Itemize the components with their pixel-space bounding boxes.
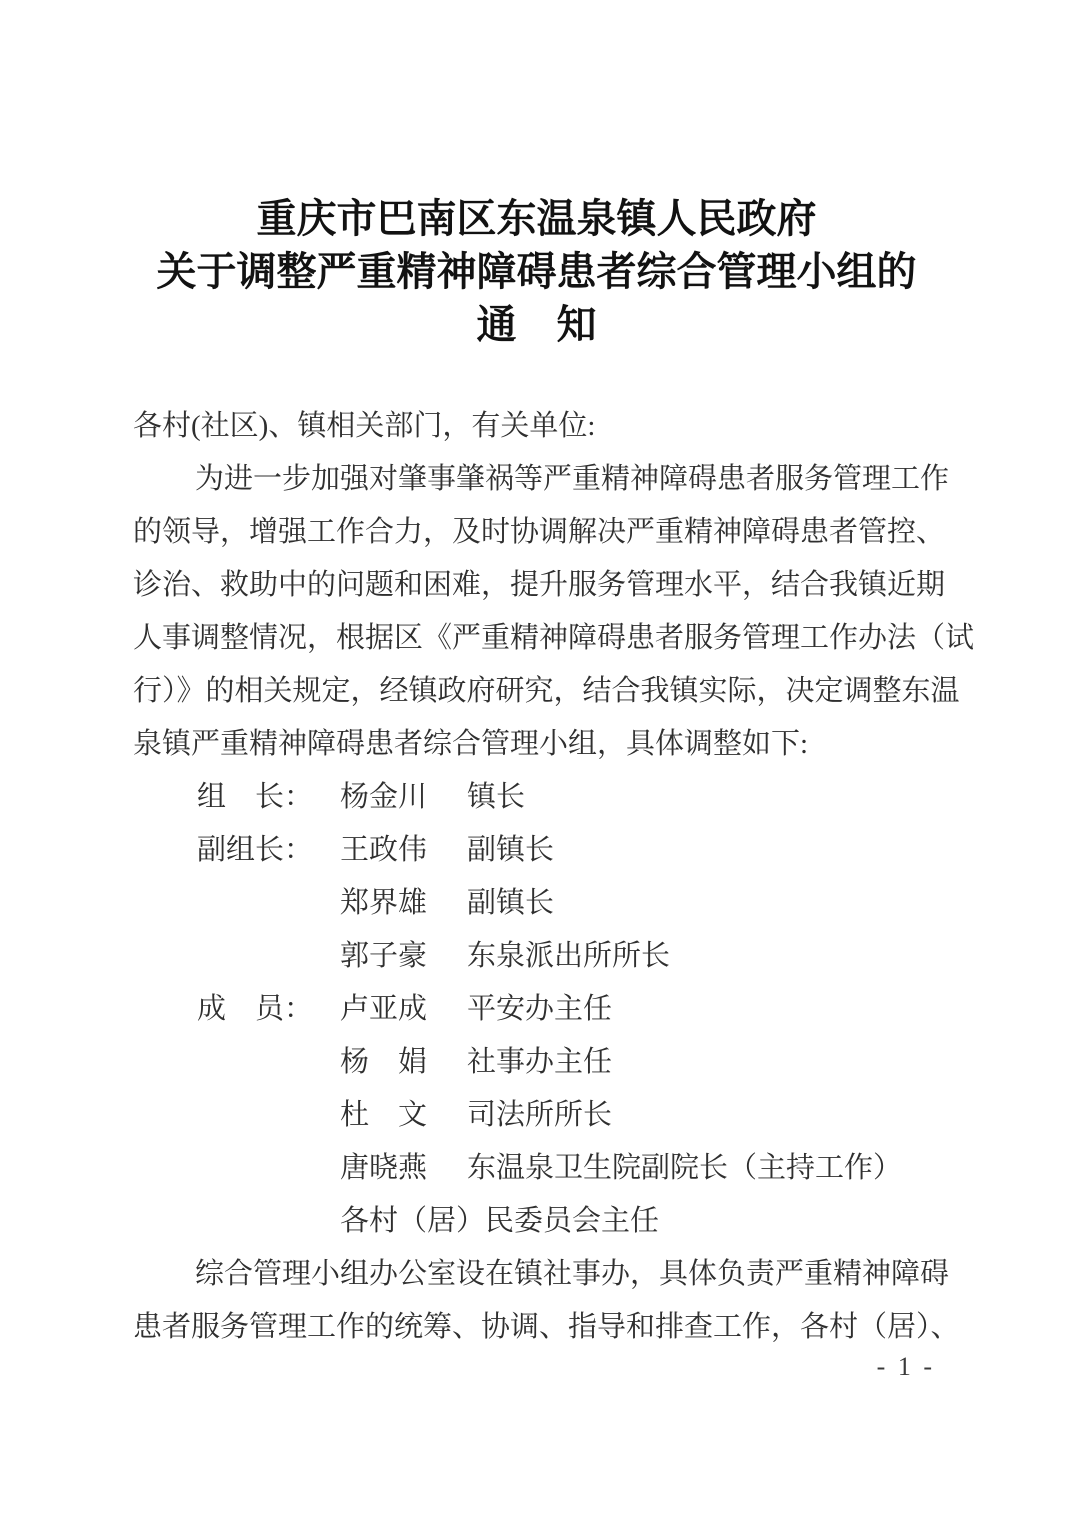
member-role-label bbox=[197, 1195, 340, 1248]
body-line: 行）》的相关规定，经镇政府研究，结合我镇实际，决定调整东温 bbox=[133, 665, 940, 718]
member-title: 副镇长 bbox=[467, 824, 554, 877]
title-line-2: 关于调整严重精神障碍患者综合管理小组的 bbox=[133, 245, 940, 298]
member-role-label: 副组长： bbox=[197, 824, 340, 877]
member-role-label: 组 长： bbox=[197, 771, 340, 824]
member-title: 社事办主任 bbox=[467, 1036, 612, 1089]
page-number: - 1 - bbox=[877, 1350, 935, 1384]
member-role-label bbox=[197, 1089, 340, 1142]
member-name: 杨金川 bbox=[340, 771, 467, 824]
member-name: 郑界雄 bbox=[340, 877, 467, 930]
intro-paragraph: 为进一步加强对肇事肇祸等严重精神障碍患者服务管理工作 的领导，增强工作合力，及时… bbox=[133, 453, 940, 771]
member-role-label bbox=[197, 877, 340, 930]
member-name: 卢亚成 bbox=[340, 983, 467, 1036]
body-line: 诊治、救助中的问题和困难，提升服务管理水平，结合我镇近期 bbox=[133, 559, 940, 612]
member-role-label: 成 员： bbox=[197, 983, 340, 1036]
closing-paragraph: 综合管理小组办公室设在镇社事办，具体负责严重精神障碍 患者服务管理工作的统筹、协… bbox=[133, 1248, 940, 1354]
member-name: 王政伟 bbox=[340, 824, 467, 877]
member-name: 杨 娟 bbox=[340, 1036, 467, 1089]
body-line: 患者服务管理工作的统筹、协调、指导和排查工作，各村（居）、 bbox=[133, 1301, 940, 1354]
body-line: 人事调整情况，根据区《严重精神障碍患者服务管理工作办法（试 bbox=[133, 612, 940, 665]
member-name: 郭子豪 bbox=[340, 930, 467, 983]
member-title: 东温泉卫生院副院长（主持工作） bbox=[467, 1142, 902, 1195]
member-name: 唐晓燕 bbox=[340, 1142, 467, 1195]
member-title: 东泉派出所所长 bbox=[467, 930, 670, 983]
body-line: 的领导，增强工作合力，及时协调解决严重精神障碍患者管控、 bbox=[133, 506, 940, 559]
member-list: 组 长： 杨金川 镇长 副组长： 王政伟 副镇长 郑界雄 副镇长 郭子豪 东泉派… bbox=[133, 771, 940, 1248]
member-title: 司法所所长 bbox=[467, 1089, 612, 1142]
member-row: 副组长： 王政伟 副镇长 bbox=[133, 824, 940, 877]
member-row: 组 长： 杨金川 镇长 bbox=[133, 771, 940, 824]
member-row: 唐晓燕 东温泉卫生院副院长（主持工作） bbox=[133, 1142, 940, 1195]
body-line: 泉镇严重精神障碍患者综合管理小组，具体调整如下: bbox=[133, 718, 940, 771]
member-title: 平安办主任 bbox=[467, 983, 612, 1036]
member-title: 镇长 bbox=[467, 771, 525, 824]
member-title: 副镇长 bbox=[467, 877, 554, 930]
document-title: 重庆市巴南区东温泉镇人民政府 关于调整严重精神障碍患者综合管理小组的 通 知 bbox=[133, 192, 940, 351]
member-role-label bbox=[197, 930, 340, 983]
member-row: 郭子豪 东泉派出所所长 bbox=[133, 930, 940, 983]
member-name: 杜 文 bbox=[340, 1089, 467, 1142]
body-line: 为进一步加强对肇事肇祸等严重精神障碍患者服务管理工作 bbox=[133, 453, 940, 506]
member-row: 郑界雄 副镇长 bbox=[133, 877, 940, 930]
document-page: 重庆市巴南区东温泉镇人民政府 关于调整严重精神障碍患者综合管理小组的 通 知 各… bbox=[0, 0, 1074, 1520]
member-row: 杨 娟 社事办主任 bbox=[133, 1036, 940, 1089]
member-name: 各村（居）民委员会主任 bbox=[340, 1195, 659, 1248]
member-row: 成 员： 卢亚成 平安办主任 bbox=[133, 983, 940, 1036]
member-row: 杜 文 司法所所长 bbox=[133, 1089, 940, 1142]
salutation-line: 各村(社区)、镇相关部门，有关单位: bbox=[133, 400, 940, 453]
member-role-label bbox=[197, 1142, 340, 1195]
member-role-label bbox=[197, 1036, 340, 1089]
member-row: 各村（居）民委员会主任 bbox=[133, 1195, 940, 1248]
title-line-3: 通 知 bbox=[133, 298, 940, 351]
body-line: 综合管理小组办公室设在镇社事办，具体负责严重精神障碍 bbox=[133, 1248, 940, 1301]
title-line-1: 重庆市巴南区东温泉镇人民政府 bbox=[133, 192, 940, 245]
